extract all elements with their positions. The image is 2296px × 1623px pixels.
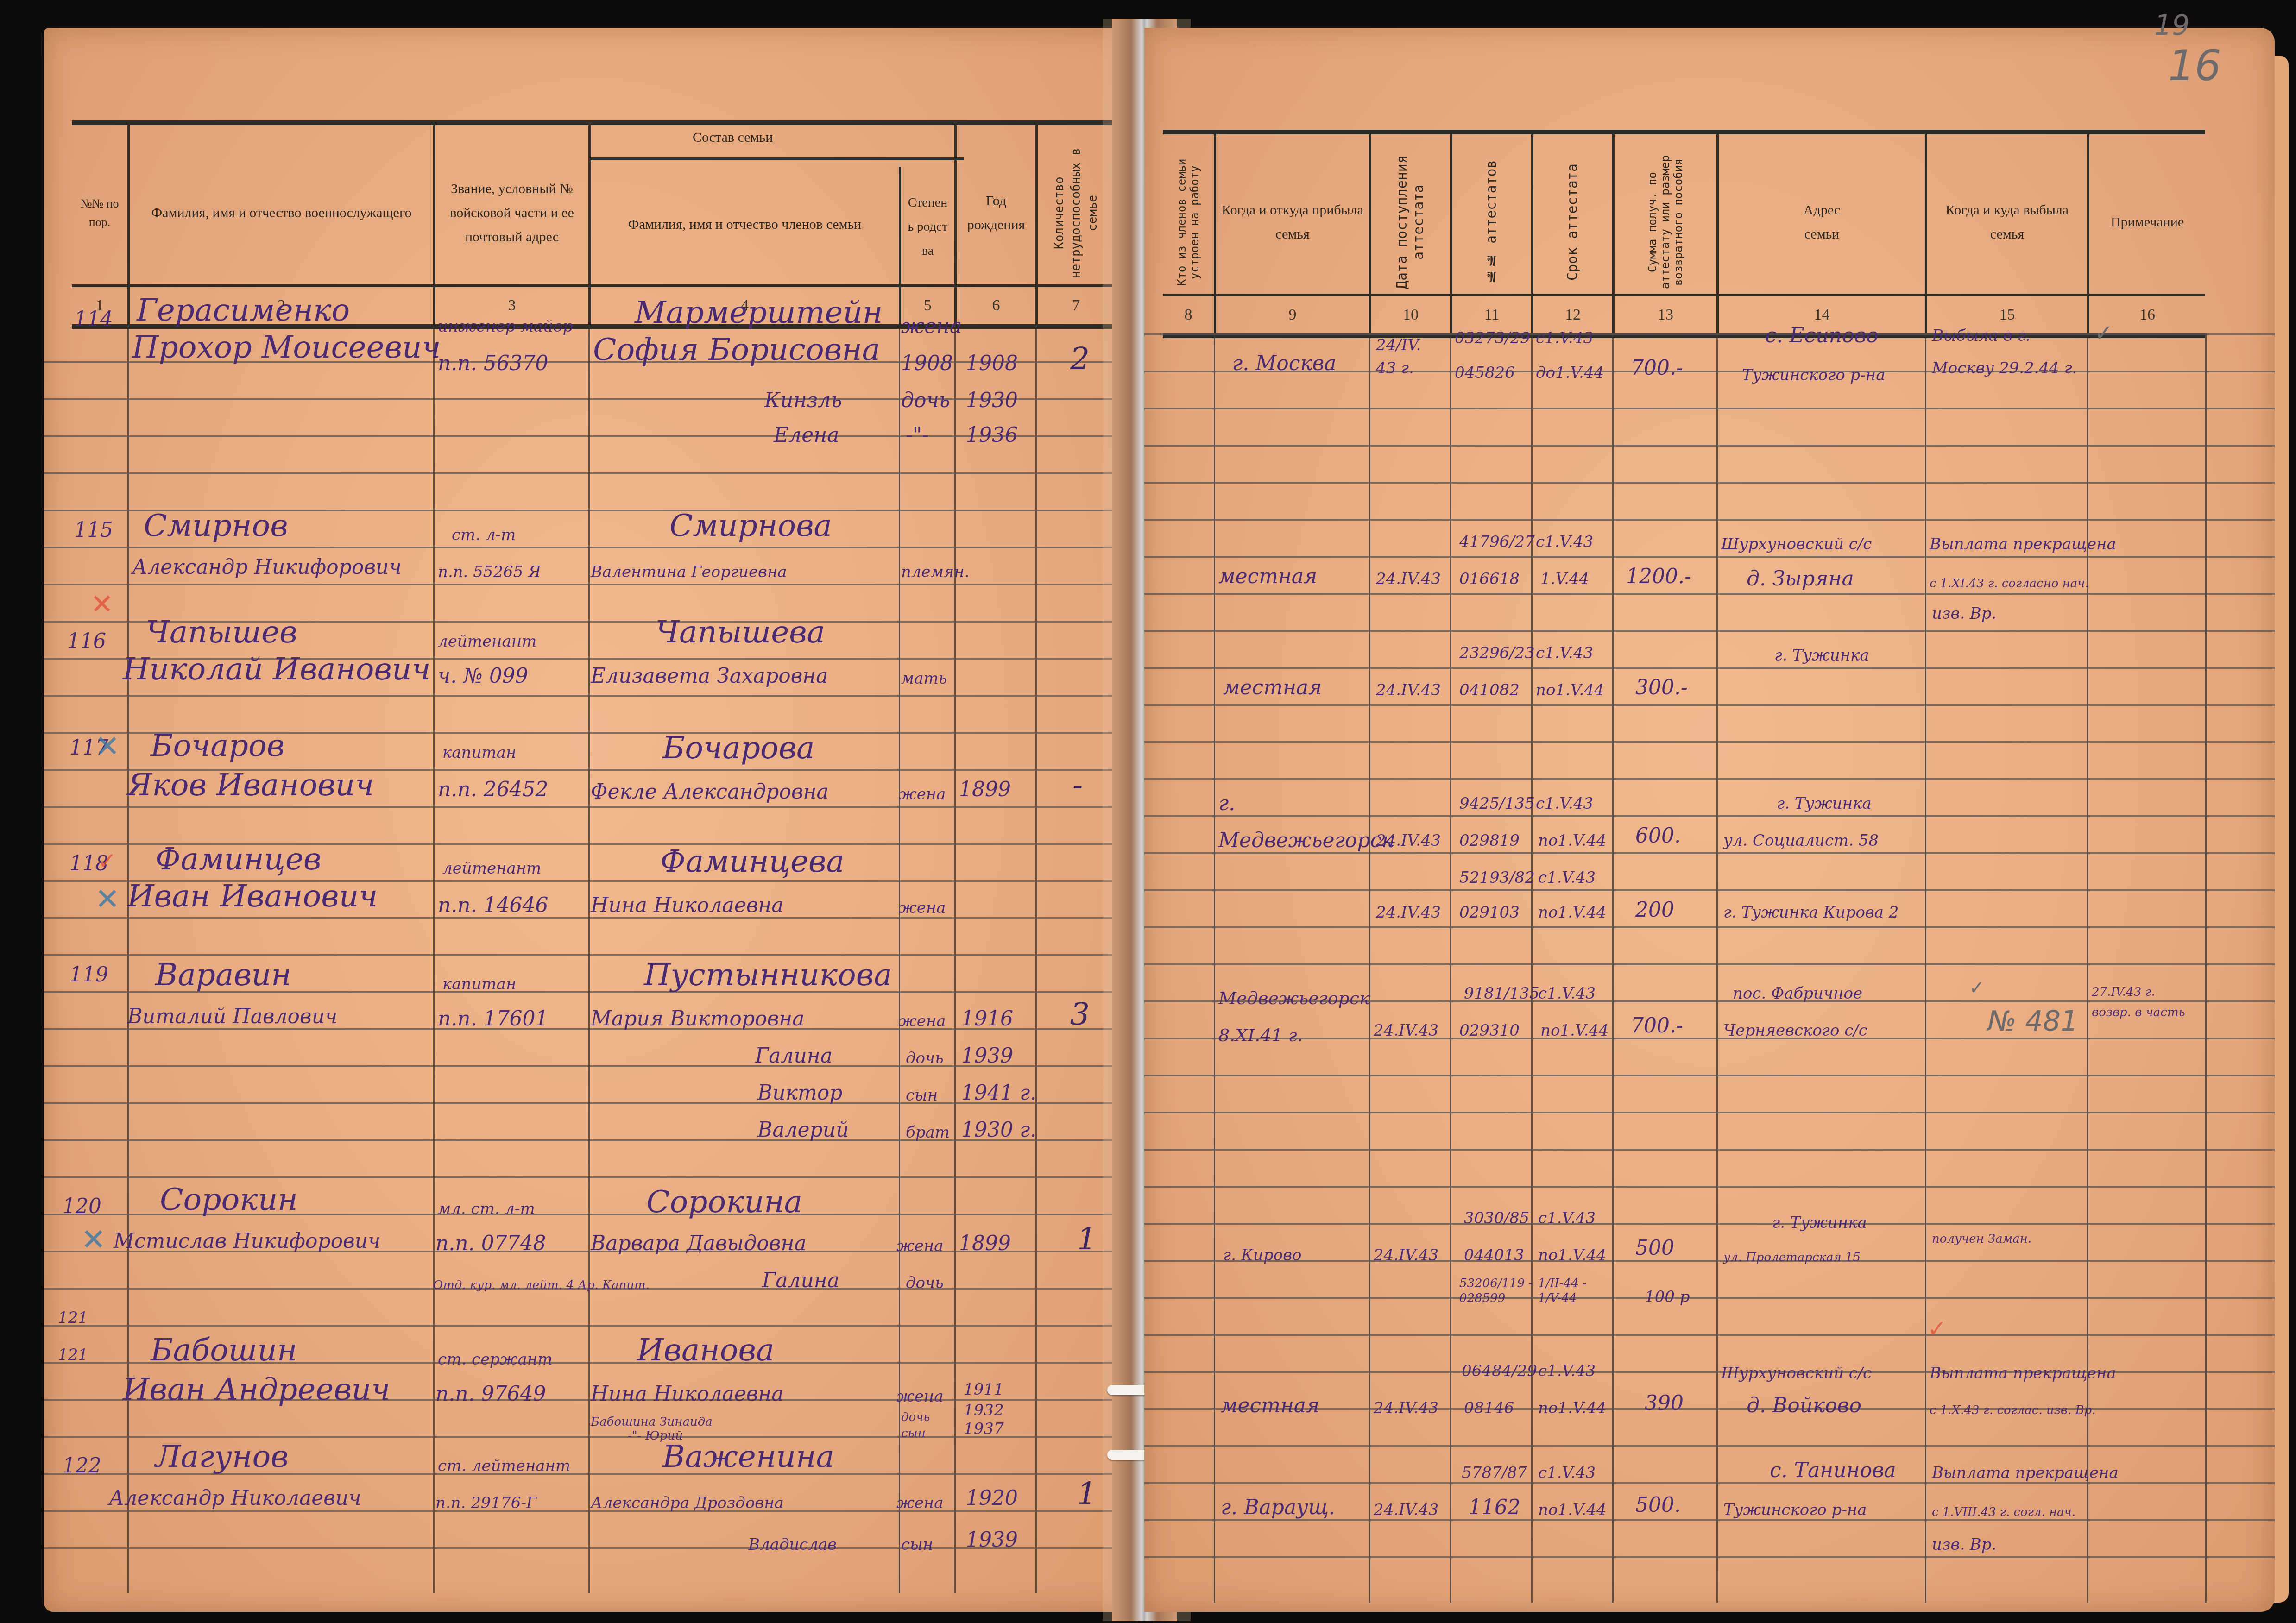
red-check-mark-icon: ✓ [1927,1315,1947,1342]
departure-info: Выплата прекращена [1932,1461,2119,1485]
rank: инженер-майор [438,315,573,338]
header-label: Фамилия, имя и отчество членов семьи [591,167,899,283]
departure-info: изв. Вр. [1932,1533,1996,1556]
amount: 1200.- [1626,565,1691,588]
departure-info: Москву 29.2.44 г. [1932,357,2077,380]
serviceman-given-names: Виталий Павлович [127,1005,337,1028]
family-surname: Фаминцева [660,850,845,873]
serviceman-surname: Герасименко [137,299,350,322]
family-address: Тужинского р-на [1723,1498,1867,1522]
attestat-number: 041082 [1459,679,1520,702]
attestat-date: 24.IV.43 [1374,1397,1438,1420]
arrival-origin: г. Вараущ. [1221,1496,1335,1519]
family-surname: Мармерштейн [635,301,883,324]
attestat-date: 24.IV.43 [1376,901,1441,924]
family-address: Черняевского с/с [1723,1019,1867,1042]
amount: 200 [1635,899,1674,922]
attestat-number: 23296/23 [1459,642,1535,665]
family-member-name: Нина Николаевна [591,894,784,917]
birth-year: 1930 г. [961,1119,1036,1142]
birth-year: 1908 [901,352,953,375]
header-col-12: Срок аттестата 12 [1531,134,1612,333]
attestat-number: 045826 [1455,361,1515,384]
birth-year: 1899 [959,778,1011,801]
family-member-name: Елена [774,424,839,447]
departure-info: с 1.VIII.43 г. согл. нач. [1932,1501,2075,1524]
rank: капитан [442,741,516,764]
attestat-term: 1.V.44 [1540,567,1589,591]
check-mark-icon: ✓ [2094,320,2113,346]
pencil-reference-number: № 481 [1987,1005,2078,1038]
birth-year: 1899 [959,1232,1011,1255]
blue-x-mark-icon: ✕ [95,882,120,917]
serviceman-given-names: Александр Никифорович [132,556,402,579]
entry-number: 116 [67,630,106,653]
birth-year: 1916 [961,1007,1013,1031]
family-member-name: Нина Николаевна [591,1383,784,1406]
departure-info: с 1.X.43 г. соглас. изв. Вр. [1930,1399,2096,1422]
page-number: 16 [2168,42,2221,90]
family-member-name: Валерий [757,1119,849,1142]
family-address: Шурхуновский с/с [1721,1362,1872,1385]
attestat-number: 1162 [1469,1496,1520,1519]
relation: жена [899,1010,946,1033]
header-col-14: Адрес семьи 14 [1716,134,1925,333]
arrival-origin: Медвежьегорск 8.XI.41 г. [1218,980,1371,1054]
entry-number: 121 [58,1343,88,1366]
birth-year: 1939 [961,1044,1013,1068]
rank: ст. сержант [438,1348,552,1371]
amount: 700.- [1631,1014,1683,1038]
header-col-8: Кто из членов семьи устроен на работу 8 [1163,134,1214,333]
serviceman-given-names: Мстислав Никифорович [114,1230,380,1253]
serviceman-surname: Фаминцев [155,848,321,871]
serviceman-given-names: Александр Николаевич [109,1487,361,1510]
attestat-number: 044013 [1464,1244,1524,1267]
header-label: №№ по пор. [72,144,127,283]
family-address: г. Тужинка Кирова 2 [1723,901,1899,924]
entry-number: 114 [74,308,113,331]
unit-number: п.п. 26452 [438,778,549,801]
family-member-name: Фекле Александровна [591,780,829,804]
entry-number: 120 [63,1195,101,1218]
relation: сын [906,1084,938,1107]
disabled-count: 2 [1070,347,1090,371]
attestat-term: по1.V.44 [1540,1019,1609,1042]
header-label: Когда и откуда прибыла семья [1216,153,1369,292]
column-divider [954,324,956,1593]
attestat-term: по1.V.44 [1538,829,1607,852]
attestat-term: с1.V.43 [1538,982,1596,1005]
amount: 700.- [1631,357,1683,380]
serviceman-given-names: Иван Иванович [127,885,378,908]
entry-number: 115 [74,519,113,542]
blue-x-mark-icon: ✕ [95,730,120,764]
amount: 500 [1635,1237,1674,1260]
attestat-date: 24.IV.43 [1376,829,1441,852]
red-check-mark-icon: ✓ [97,848,117,874]
header-number: 13 [1615,294,1716,333]
serviceman-given-names: Иван Андреевич [123,1378,390,1401]
unit-number: п.п. 17601 [438,1007,549,1031]
unit-number: п.п. 55265 Я [438,560,541,584]
attestat-date: 24.IV.43 [1374,1498,1438,1522]
attestat-term: по1.V.44 [1538,901,1607,924]
birth-year: 1937 [964,1417,1004,1441]
unit-number: п.п. 56370 [438,352,549,375]
attestat-term: с1.V.43 [1536,642,1593,665]
family-address: ул. Социалист. 58 [1723,829,1879,852]
attestat-term: с1.V.43 [1536,530,1593,554]
header-label: Дата поступления аттестата [1371,153,1450,292]
attestat-term: с1.V.43 [1538,1461,1596,1485]
attestat-number: 029310 [1459,1019,1520,1042]
relation: жена [899,783,946,806]
page-number-behind: 19 [2154,9,2189,42]
column-divider [1214,333,1215,1603]
attestat-number: 03273/29 [1455,327,1530,350]
disabled-count: 1 [1077,1227,1097,1251]
serviceman-surname: Лагунов [155,1445,289,1468]
serviceman-surname: Бабошин [151,1339,297,1362]
birth-year: 1908 [966,352,1018,375]
unit-number: ч. № 099 [438,665,528,688]
relation: жена [896,1491,943,1515]
rank: лейтенант [438,630,536,653]
entry-number: 122 [63,1454,101,1478]
relation: жена [896,1385,943,1408]
column-divider [1369,333,1370,1603]
birth-year: 1920 [966,1487,1018,1510]
family-surname: Сорокина [646,1190,802,1214]
attestat-date: 24/IV. 43 г. [1376,333,1445,380]
family-address: Шурхуновский с/с [1721,533,1872,556]
unit-number: п.п. 07748 [435,1232,546,1255]
attestat-term: с1.V.43 [1538,1359,1596,1383]
relation: племян. [901,560,970,584]
serviceman-surname: Сорокин [160,1188,298,1211]
attestat-term: 1/II-44 - 1/V-44 [1538,1276,1608,1306]
family-member-name: Варвара Давыдовна [591,1232,807,1255]
attestat-number: 016618 [1459,567,1520,591]
unit-number: п.п. 29176-Г [435,1491,536,1515]
family-member-name: Мария Викторовна [591,1007,805,1031]
column-divider [1035,324,1037,1593]
departure-info: с 1.XI.43 г. согласно нач. [1930,572,2089,595]
header-col-3: Звание, условный № войсковой части и ее … [433,125,588,324]
header-label: №№ аттестатов [1452,153,1531,292]
relation: мать [901,667,947,690]
attestat-date: 24.IV.43 [1374,1019,1438,1042]
birth-year: 1911 [964,1378,1004,1401]
relation: сын [901,1422,926,1445]
serviceman-given-names: Прохор Моисеевич [132,336,441,359]
birth-year: 1936 [966,424,1018,447]
header-number: 8 [1163,294,1214,333]
relation: дочь [906,1271,944,1295]
header-number: 6 [957,284,1035,324]
relation: дочь [901,389,950,412]
disabled-count: - [1072,774,1083,797]
right-table-header: Кто из членов семьи устроен на работу 8 … [1163,130,2205,338]
check-mark-icon: ✓ [1969,977,1985,999]
family-surname: Бочарова [662,736,814,760]
attestat-date: 24.IV.43 [1374,1244,1438,1267]
family-member-name: Виктор [757,1082,842,1105]
family-member-name: Владислав [748,1533,837,1556]
attestat-date: 24.IV.43 [1376,679,1441,702]
attestat-term: по1.V.44 [1536,679,1604,702]
header-col-5: Степень родства 5 [899,167,954,324]
attestat-number: 41796/27 [1459,530,1535,554]
attestat-term: до1.V.44 [1536,361,1604,384]
rank: капитан [442,973,516,996]
family-address: пос. Фабричное [1733,982,1862,1005]
birth-year: 1941 г. [961,1082,1036,1105]
rank: мл. ст. л-т [438,1197,535,1220]
birth-year: 1939 [966,1529,1018,1552]
family-address: г. Тужинка [1777,792,1872,815]
header-number: 10 [1371,294,1450,333]
family-member-name: Елизавета Захаровна [591,665,828,688]
amount: 600. [1635,824,1681,848]
header-col-1: №№ по пор. 1 [72,125,127,324]
attestat-number: 52193/82 [1459,866,1535,889]
family-member-name: Галина [755,1044,833,1068]
family-member-name: Валентина Георгиевна [591,560,787,584]
family-surname: Иванова [637,1339,774,1362]
header-label: Год рождения [957,144,1035,283]
departure-info: Выплата прекращена [1930,1362,2116,1385]
departure-info: Выплата прекращена [1930,533,2116,556]
family-address: д. Зыряна [1747,567,1854,591]
attestat-number: 3030/85 [1464,1207,1529,1230]
header-label: Звание, условный № войсковой части и ее … [435,144,588,283]
header-col-10: Дата поступления аттестата 10 [1369,134,1450,333]
column-divider [433,324,435,1593]
attestat-number: 9181/135 [1464,982,1539,1005]
attestat-term: по1.V.44 [1538,1244,1607,1267]
unit-number: п.п. 14646 [438,894,549,917]
header-col-13: Сумма получ. по аттестату или размер воз… [1612,134,1716,333]
relation: -"- [906,424,929,447]
header-number: 9 [1216,294,1369,333]
left-page: №№ по пор. 1 Фамилия, имя и отчество вое… [44,28,1137,1612]
family-surname: Смирнова [669,514,832,537]
family-surname: Пустынникова [644,963,892,987]
family-surname: Чапышева [656,621,825,644]
family-member-name: Кинзль [764,389,842,412]
serviceman-surname: Варавин [155,963,291,987]
relation: жена [901,315,962,338]
attestat-term: по1.V.44 [1538,1498,1607,1522]
column-divider [588,324,590,1593]
arrival-origin: г. Медвежьегорск [1218,785,1367,859]
amount: 300.- [1635,676,1688,699]
arrival-origin: г. Кирово [1223,1244,1302,1267]
departure-info: Выбыла в г. [1932,324,2030,347]
red-x-mark-icon: ✕ [90,588,114,621]
serviceman-surname: Смирнов [144,514,288,537]
serviceman-surname: Бочаров [151,734,284,757]
serviceman-given-names: Николай Иванович [123,658,431,681]
header-col-11: №№ аттестатов 11 [1450,134,1531,333]
arrival-origin: местная [1221,1394,1319,1417]
header-label: Когда и куда выбыла семья [1927,153,2087,292]
family-address: Тужинского р-на [1742,364,1886,387]
unit-number: п.п. 97649 [435,1383,546,1406]
serviceman-given-names: Яков Иванович [127,774,374,797]
birth-year: 1930 [966,389,1018,412]
attestat-term: с1.V.43 [1538,1207,1596,1230]
column-divider [2205,333,2207,1603]
attestat-number: 5787/87 [1462,1461,1527,1485]
attestat-date: 24.IV.43 [1376,567,1441,591]
header-col-16: Примечание 16 [2087,134,2205,333]
departure-info: получен Заман. [1932,1227,2031,1251]
disabled-count: 1 [1077,1482,1097,1505]
rank: ст. л-т [452,523,516,547]
amount-extra: 100 р [1645,1285,1690,1308]
column-divider [1450,333,1451,1603]
relation: дочь [906,1047,944,1070]
rank: ст. лейтенант [438,1454,570,1478]
attestat-term: с1.V.43 [1538,866,1596,889]
family-address: ул. Пролетарская 15 [1723,1246,1861,1269]
family-address: с. Танинова [1770,1459,1896,1482]
arrival-origin: местная [1223,676,1322,699]
entry-number: 119 [69,963,108,987]
attestat-term: по1.V.44 [1538,1397,1607,1420]
attestat-number: 53206/119 - 028599 [1459,1276,1533,1306]
header-col-15: Когда и куда выбыла семья 15 [1925,134,2087,333]
unit-extra: Отд. кур. мл. лейт. 4 Ар. Капит. [433,1274,650,1297]
amount: 500. [1635,1494,1681,1517]
attestat-term: с1.V.43 [1536,327,1593,350]
note-text: 27.IV.43 г. возвр. в часть [2092,982,2198,1023]
attestat-term: с1.V.43 [1536,792,1593,815]
rank: лейтенант [442,857,541,880]
attestat-number: 08146 [1464,1397,1514,1420]
header-label: Сумма получ. по аттестату или размер воз… [1615,153,1716,292]
attestat-number: 029103 [1459,901,1520,924]
header-col-6: Год рождения 6 [954,125,1035,324]
amount: 390 [1645,1392,1684,1415]
header-label: Фамилия, имя и отчество военнослужащего [130,144,433,283]
family-address: д. Войково [1747,1394,1861,1417]
family-surname: Важенина [662,1445,834,1468]
disabled-count: 3 [1070,1003,1090,1026]
column-divider [1531,333,1533,1603]
blue-x-mark-icon: ✕ [81,1223,106,1257]
entry-number: 121 [58,1306,88,1329]
family-address: г. Тужинка [1772,1211,1867,1234]
right-page: 19 16 Кто из членов семьи устроен на раб… [1144,28,2275,1612]
family-member-name: София Борисовна [593,338,880,361]
arrival-origin: местная [1218,565,1317,588]
attestat-number: 9425/135 [1459,792,1535,815]
column-divider [1612,333,1614,1603]
relation: сын [901,1533,933,1556]
header-label: Степень родства [901,171,954,283]
family-member-name: Александра Дроздовна [591,1491,784,1515]
column-divider [1716,333,1718,1603]
header-label: Кто из членов семьи устроен на работу [1163,153,1214,292]
attestat-number: 029819 [1459,829,1520,852]
family-address: с. Есипово [1765,324,1879,347]
relation: жена [899,896,946,919]
family-address: г. Тужинка [1774,644,1869,667]
header-label: Примечание [2089,153,2205,292]
departure-info: изв. Вр. [1932,602,1996,625]
family-member-name: Галина [762,1269,839,1292]
relation: брат [906,1121,950,1144]
serviceman-surname: Чапышев [146,621,297,644]
header-label: Срок аттестата [1533,153,1612,292]
header-col-9: Когда и откуда прибыла семья 9 [1214,134,1369,333]
arrival-origin: г. Москва [1232,352,1337,375]
relation: жена [896,1234,943,1258]
attestat-number: 06484/29 [1462,1359,1537,1383]
header-label: Адрес семьи [1719,153,1925,292]
column-divider [1925,333,1926,1603]
